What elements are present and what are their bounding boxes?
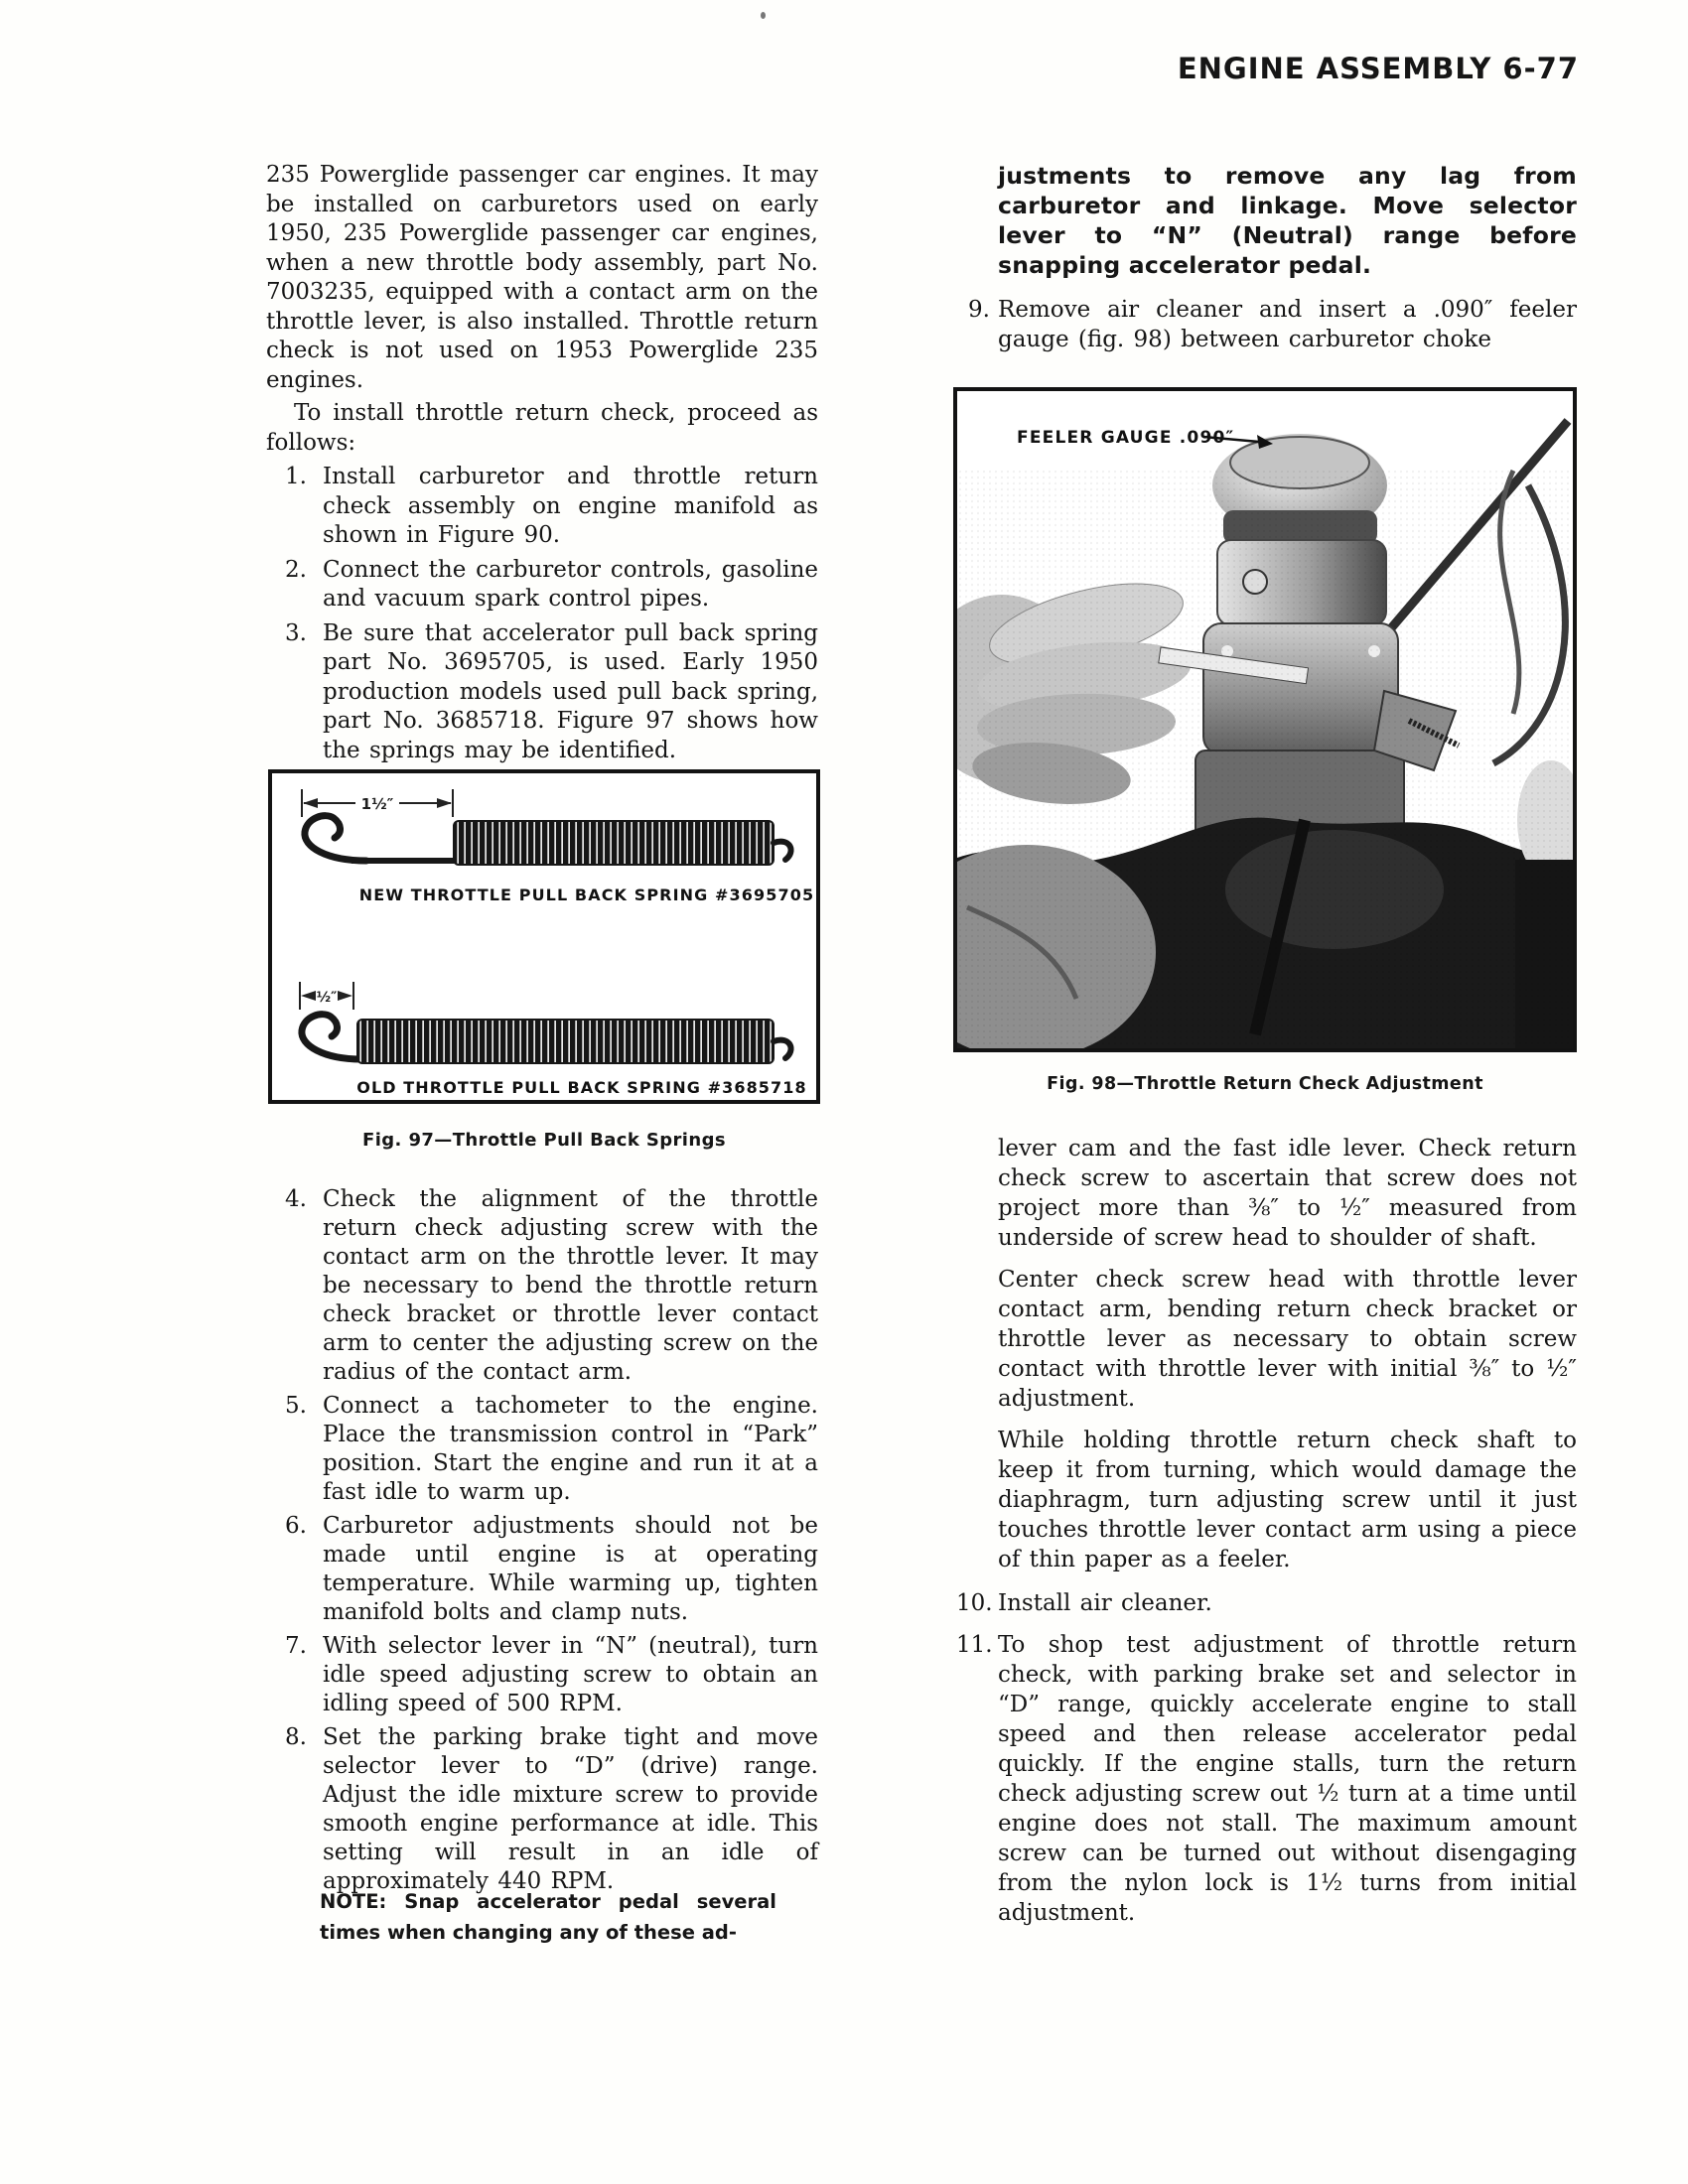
- list-text: Connect the carburetor controls, gasolin…: [323, 557, 818, 613]
- left-column-lower: 4. Check the alignment of the throttle r…: [266, 1185, 818, 1896]
- list-number: 6.: [266, 1512, 307, 1541]
- list-item-2: 2. Connect the carburetor controls, gaso…: [266, 556, 818, 614]
- list-item-1: 1. Install carburetor and throttle retur…: [266, 463, 818, 551]
- figure-97-springs: 1½″ NEW THROTTLE PULL BACK SPRING #36957…: [268, 769, 820, 1104]
- list-item-3: 3. Be sure that accelerator pull back sp…: [266, 619, 818, 766]
- figure-98-caption: Fig. 98—Throttle Return Check Adjustment: [953, 1074, 1577, 1094]
- list-item-5: 5. Connect a tachometer to the engine. P…: [266, 1392, 818, 1507]
- right-column-lower: lever cam and the fast idle lever. Check…: [956, 1134, 1577, 1928]
- page-title: ENGINE ASSEMBLY 6-77: [1178, 52, 1579, 85]
- list-number: 1.: [266, 463, 307, 492]
- note-continuation: justments to remove any lag from carbure…: [956, 161, 1577, 280]
- list-number: 9.: [956, 296, 990, 326]
- list-number: 2.: [266, 556, 307, 586]
- list-item-4: 4. Check the alignment of the throttle r…: [266, 1185, 818, 1387]
- old-spring-label: OLD THROTTLE PULL BACK SPRING #3685718: [356, 1078, 807, 1097]
- list-item-10: 10. Install air cleaner.: [956, 1588, 1577, 1618]
- list-item-11: 11. To shop test adjustment of throttle …: [956, 1630, 1577, 1928]
- new-spring-drawing: [305, 816, 791, 865]
- feeler-gauge-label: FEELER GAUGE .090″: [1017, 428, 1234, 448]
- print-artifact-dot: [761, 12, 766, 19]
- list-number: 8.: [266, 1723, 307, 1752]
- list-number: 10.: [956, 1588, 990, 1618]
- left-column-upper: 235 Powerglide passenger car engines. It…: [266, 161, 818, 765]
- list-text: Install air cleaner.: [998, 1590, 1212, 1616]
- list-text: Be sure that accelerator pull back sprin…: [323, 620, 818, 763]
- list-item-7: 7. With selector lever in “N” (neutral),…: [266, 1632, 818, 1718]
- old-spring-drawing: [302, 1015, 791, 1063]
- list-text: Remove air cleaner and insert a .090″ fe…: [998, 297, 1577, 352]
- list-text: Install carburetor and throttle return c…: [323, 464, 818, 548]
- list-number: 11.: [956, 1630, 990, 1660]
- new-spring-label: NEW THROTTLE PULL BACK SPRING #3695705: [359, 886, 814, 904]
- note-block: NOTE: Snap accelerator pedal several tim…: [320, 1886, 776, 1948]
- list-number: 7.: [266, 1632, 307, 1661]
- list-item-6: 6. Carburetor adjustments should not be …: [266, 1512, 818, 1627]
- paragraph: lever cam and the fast idle lever. Check…: [956, 1134, 1577, 1253]
- paragraph: Center check screw head with throttle le…: [956, 1265, 1577, 1414]
- list-item-8: 8. Set the parking brake tight and move …: [266, 1723, 818, 1896]
- dimension-bottom: ½″: [300, 982, 353, 1010]
- list-number: 3.: [266, 619, 307, 649]
- list-number: 5.: [266, 1392, 307, 1421]
- list-text: Set the parking brake tight and move sel…: [323, 1724, 818, 1894]
- right-column-upper: justments to remove any lag from carbure…: [956, 161, 1577, 354]
- paragraph: While holding throttle return check shaf…: [956, 1426, 1577, 1574]
- manual-page: ENGINE ASSEMBLY 6-77 235 Powerglide pass…: [0, 0, 1688, 2184]
- photo-machinery: [957, 421, 1573, 1048]
- list-text: Carburetor adjustments should not be mad…: [323, 1513, 818, 1625]
- spring-diagram: 1½″ NEW THROTTLE PULL BACK SPRING #36957…: [272, 773, 816, 1100]
- paragraph: 235 Powerglide passenger car engines. It…: [266, 161, 818, 395]
- list-text: To shop test adjustment of throttle retu…: [998, 1632, 1577, 1926]
- list-item-9: 9. Remove air cleaner and insert a .090″…: [956, 296, 1577, 354]
- list-text: With selector lever in “N” (neutral), tu…: [323, 1633, 818, 1716]
- list-number: 4.: [266, 1185, 307, 1214]
- dimension-label: ½″: [317, 990, 338, 1006]
- figure-97-caption: Fig. 97—Throttle Pull Back Springs: [268, 1130, 820, 1151]
- feeler-gauge-callout: FEELER GAUGE .090″: [1017, 428, 1273, 449]
- figure-98-photo: FEELER GAUGE .090″: [953, 387, 1577, 1052]
- carburetor-photo: FEELER GAUGE .090″: [957, 391, 1573, 1048]
- dimension-label: 1½″: [361, 795, 394, 813]
- list-text: Connect a tachometer to the engine. Plac…: [323, 1393, 818, 1505]
- list-text: Check the alignment of the throttle retu…: [323, 1186, 818, 1385]
- paragraph: To install throttle return check, procee…: [266, 399, 818, 458]
